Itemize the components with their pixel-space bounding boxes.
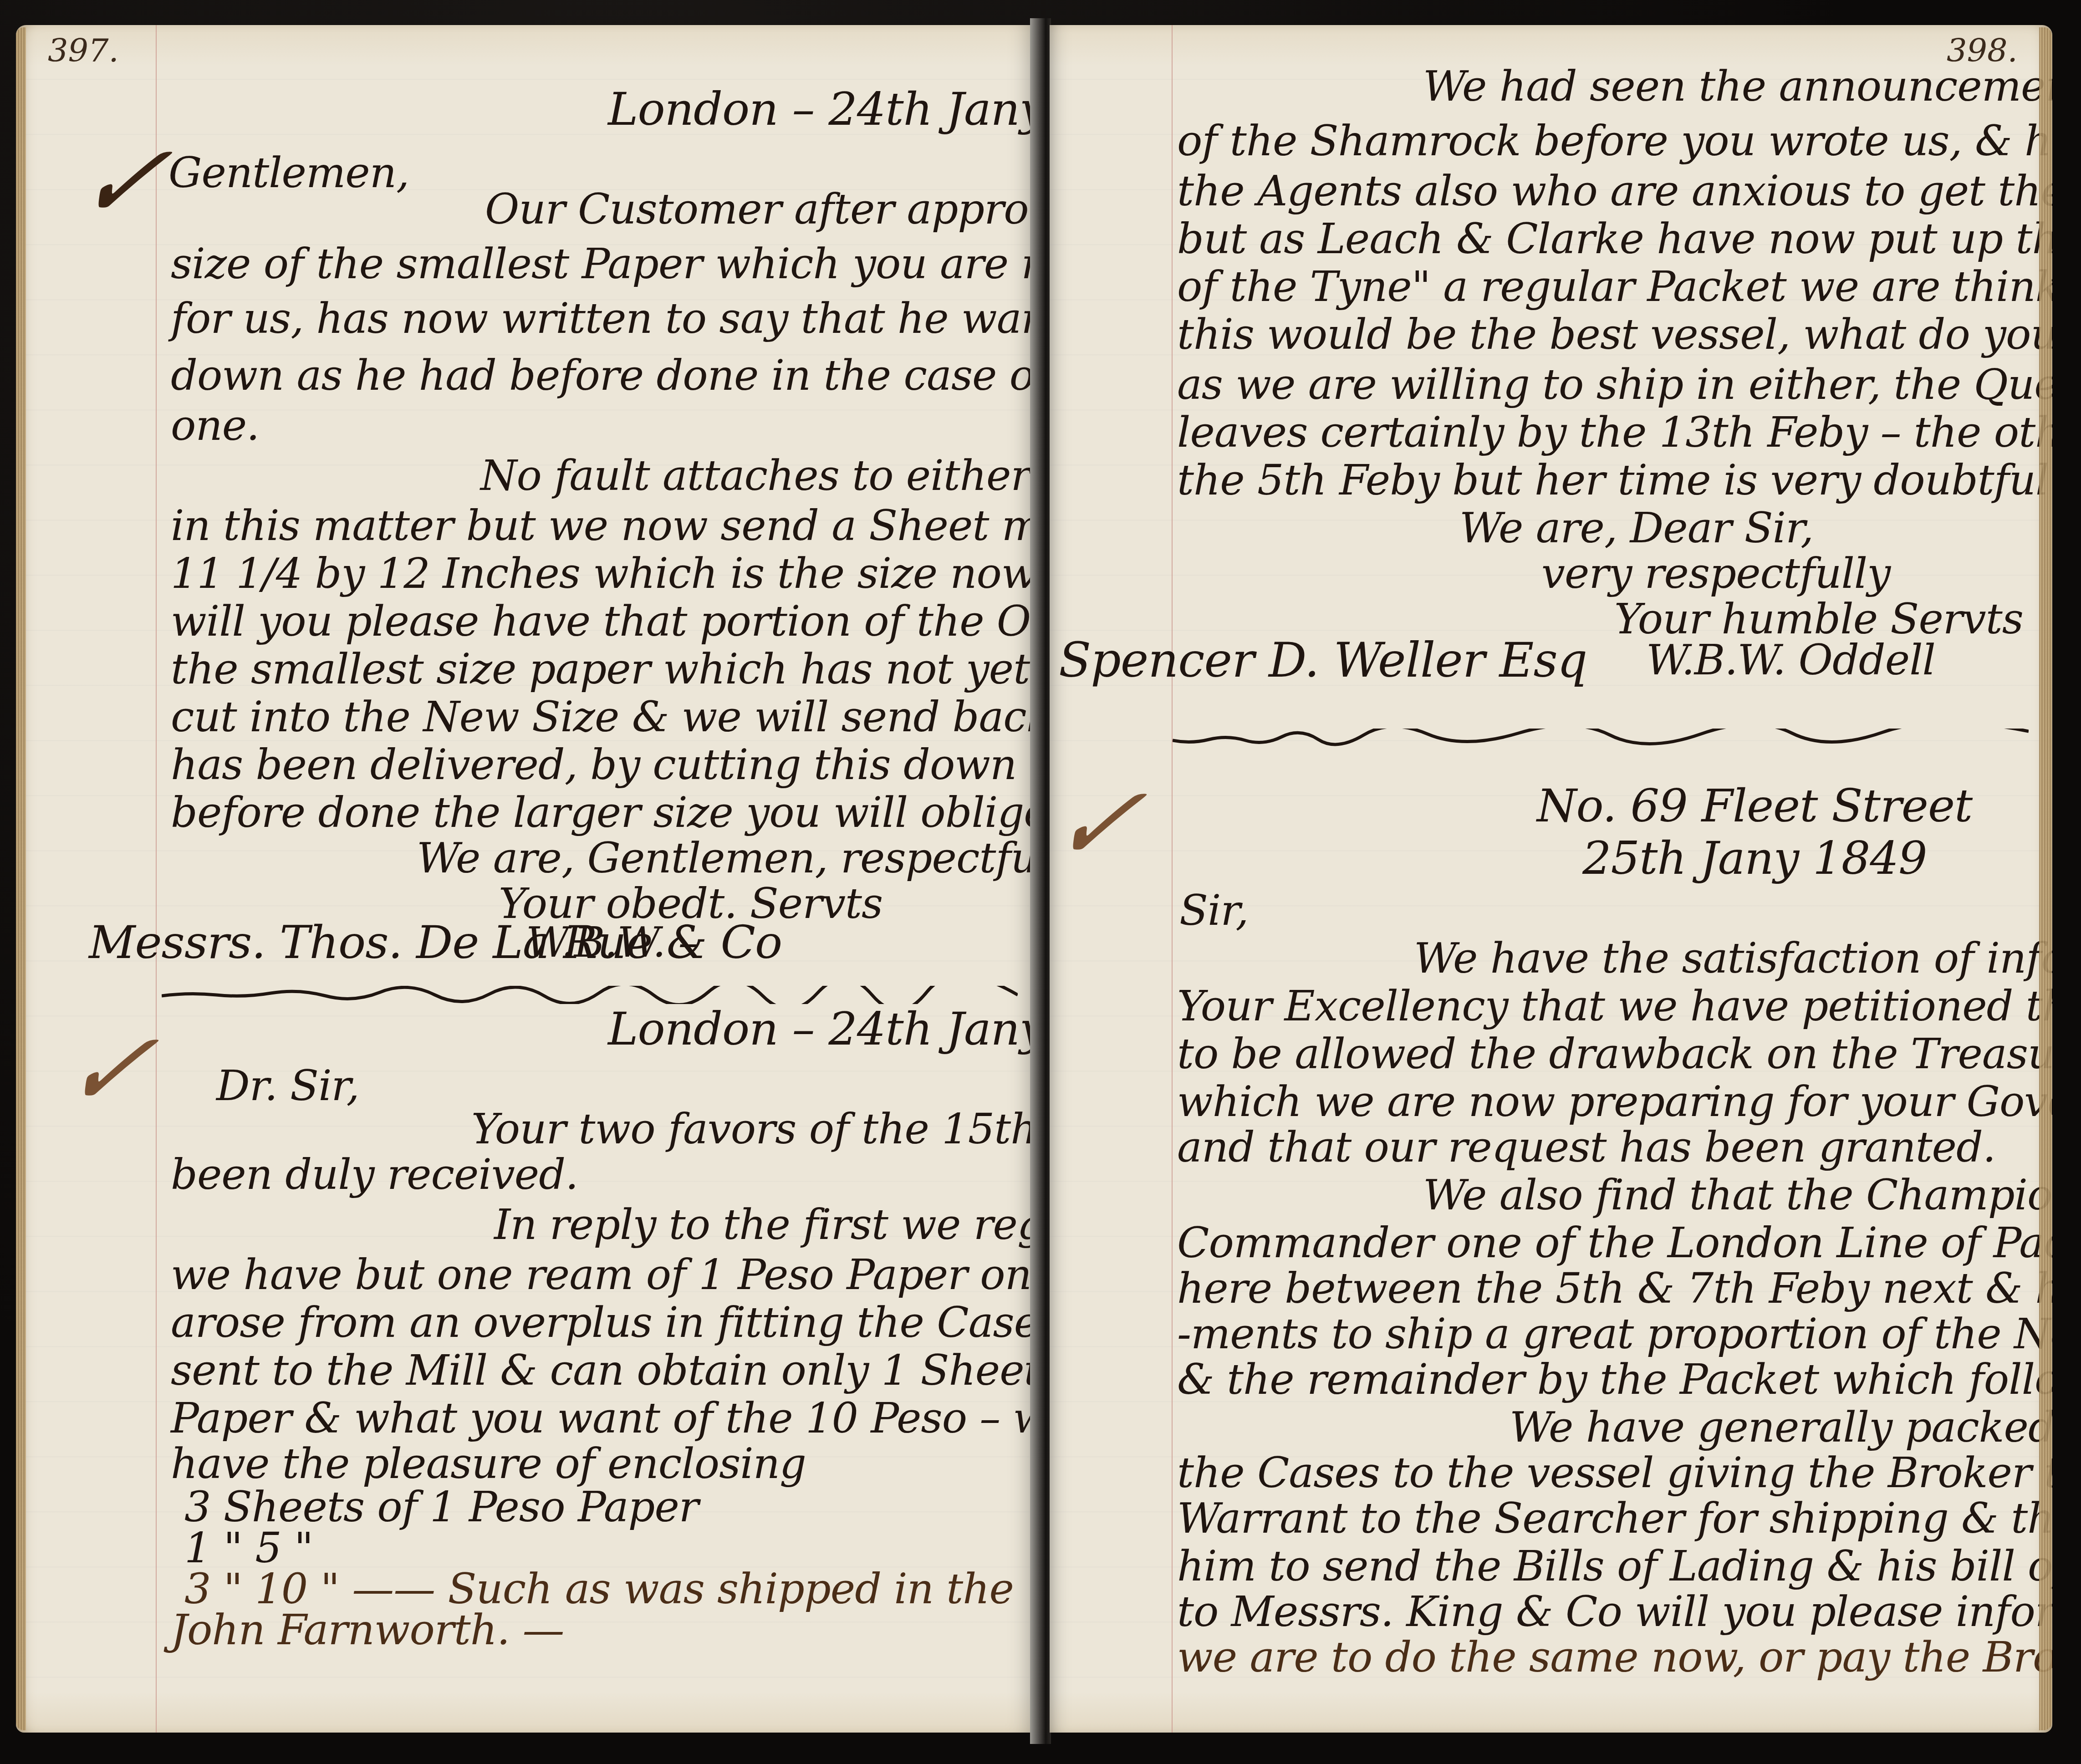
margin-rule bbox=[156, 25, 157, 1733]
letter-separator bbox=[162, 986, 1018, 1004]
body-line: Paper & what you want of the 10 Peso – w… bbox=[171, 1393, 1032, 1443]
closing: We are, Gentlemen, respectfully bbox=[417, 833, 1032, 883]
signature: W.B.W. – bbox=[526, 918, 699, 968]
body-line: -ments to ship a great proportion of the… bbox=[1177, 1309, 2052, 1359]
date-line: London – 24th Jany 1849 bbox=[608, 84, 1032, 134]
body-line: the 5th Feby but her time is very doubtf… bbox=[1177, 455, 2052, 505]
signature: W.B.W. Oddell bbox=[1646, 635, 1935, 685]
body-line: the Agents also who are anxious to get t… bbox=[1177, 166, 2052, 216]
body-line: and that our request has been granted. bbox=[1177, 1122, 1995, 1173]
body-line: but as Leach & Clarke have now put up th… bbox=[1177, 214, 2052, 264]
body-line: No fault attaches to either you or us bbox=[480, 451, 1032, 501]
salutation: Gentlemen, bbox=[168, 148, 409, 198]
date-line: London – 24th Jany 1849 bbox=[608, 1004, 1032, 1054]
body-line: in this matter but we now send a Sheet m… bbox=[171, 501, 1032, 551]
body-line: has been delivered, by cutting this down… bbox=[171, 740, 1032, 790]
body-line: which we are now preparing for your Gove… bbox=[1177, 1077, 2052, 1127]
body-line: 11 1/4 by 12 Inches which is the size no… bbox=[171, 549, 1032, 599]
salutation: Dr. Sir, bbox=[216, 1061, 359, 1111]
page-number: 397. bbox=[48, 32, 119, 69]
body-line: will you please have that portion of the… bbox=[171, 596, 1032, 647]
body-line: Your two favors of the 15th & 23rd Inst … bbox=[471, 1104, 1032, 1154]
right-page: 398. We had seen the announcement of the… bbox=[1050, 25, 2052, 1733]
body-line: to Messrs. King & Co will you please inf… bbox=[1177, 1587, 2052, 1637]
body-line: for us, has now written to say that he w… bbox=[171, 294, 1032, 344]
body-line: John Farnworth. — bbox=[171, 1605, 564, 1655]
body-line: as we are willing to ship in either, the… bbox=[1177, 360, 2052, 410]
body-line: leaves certainly by the 13th Feby – the … bbox=[1177, 408, 2052, 458]
left-page: 397. ✓ London – 24th Jany 1849 Gentlemen… bbox=[16, 25, 1032, 1733]
check-mark-icon: ✓ bbox=[69, 130, 179, 235]
body-line: this would be the best vessel, what do y… bbox=[1177, 310, 2052, 360]
body-line: size of the smallest Paper which you are… bbox=[171, 239, 1032, 289]
date-line: 25th Jany 1849 bbox=[1582, 833, 1927, 883]
address-line: No. 69 Fleet Street bbox=[1537, 781, 1972, 831]
body-line: the smallest size paper which has not ye… bbox=[171, 644, 1032, 694]
body-line: sent to the Mill & can obtain only 1 She… bbox=[171, 1346, 1032, 1396]
body-line: down as he had before done in the case o… bbox=[171, 351, 1032, 401]
body-line: We have generally packed & sent bbox=[1510, 1402, 2052, 1453]
body-line: one. bbox=[171, 401, 259, 451]
body-line: to be allowed the drawback on the Treasu… bbox=[1177, 1029, 2052, 1079]
check-mark-icon: ✓ bbox=[55, 1018, 165, 1122]
body-line: We also find that the Champion of Steam bbox=[1423, 1170, 2052, 1220]
check-mark-icon: ✓ bbox=[1050, 772, 1153, 877]
page-edges bbox=[2039, 27, 2052, 1730]
book-gutter bbox=[1030, 18, 1051, 1744]
body-line: him to send the Bills of Lading & his bi… bbox=[1177, 1541, 2052, 1591]
closing: We are, Dear Sir, bbox=[1459, 503, 1813, 553]
body-line: Commander one of the London Line of Pack… bbox=[1177, 1218, 2052, 1268]
salutation: Sir, bbox=[1179, 886, 1249, 936]
body-line: In reply to the first we regret to say t… bbox=[494, 1200, 1032, 1250]
body-line: before done the larger size you will obl… bbox=[171, 788, 1032, 838]
body-line: we are to do the same now, or pay the Br… bbox=[1177, 1632, 2052, 1682]
body-line: been duly received. bbox=[171, 1150, 578, 1200]
body-line: We have the satisfaction of informing bbox=[1414, 933, 2052, 984]
body-line: cut into the New Size & we will send bac… bbox=[171, 692, 1032, 742]
closing-2: very respectfully bbox=[1541, 549, 1890, 599]
addressee: Spencer D. Weller Esq bbox=[1059, 635, 1587, 685]
body-line: arose from an overplus in fitting the Ca… bbox=[171, 1298, 1032, 1348]
body-line: We had seen the announcement bbox=[1423, 61, 2052, 112]
page-edges bbox=[16, 27, 26, 1730]
body-line: Warrant to the Searcher for shipping & t… bbox=[1177, 1494, 2052, 1544]
body-line: have the pleasure of enclosing bbox=[171, 1439, 806, 1489]
letter-separator bbox=[1173, 729, 2029, 747]
margin-rule bbox=[1172, 25, 1173, 1733]
body-line: we have but one ream of 1 Peso Paper on … bbox=[171, 1250, 1032, 1300]
body-line: Your Excellency that we have petitioned … bbox=[1177, 981, 2052, 1031]
body-line: here between the 5th & 7th Feby next & h… bbox=[1177, 1264, 2052, 1314]
body-line: of the Tyne" a regular Packet we are thi… bbox=[1177, 262, 2052, 312]
body-line: Our Customer after approving the bbox=[485, 184, 1032, 235]
body-line: of the Shamrock before you wrote us, & h… bbox=[1177, 116, 2052, 166]
body-line: the Cases to the vessel giving the Broke… bbox=[1177, 1448, 2052, 1498]
body-line: & the remainder by the Packet which foll… bbox=[1177, 1355, 2052, 1405]
